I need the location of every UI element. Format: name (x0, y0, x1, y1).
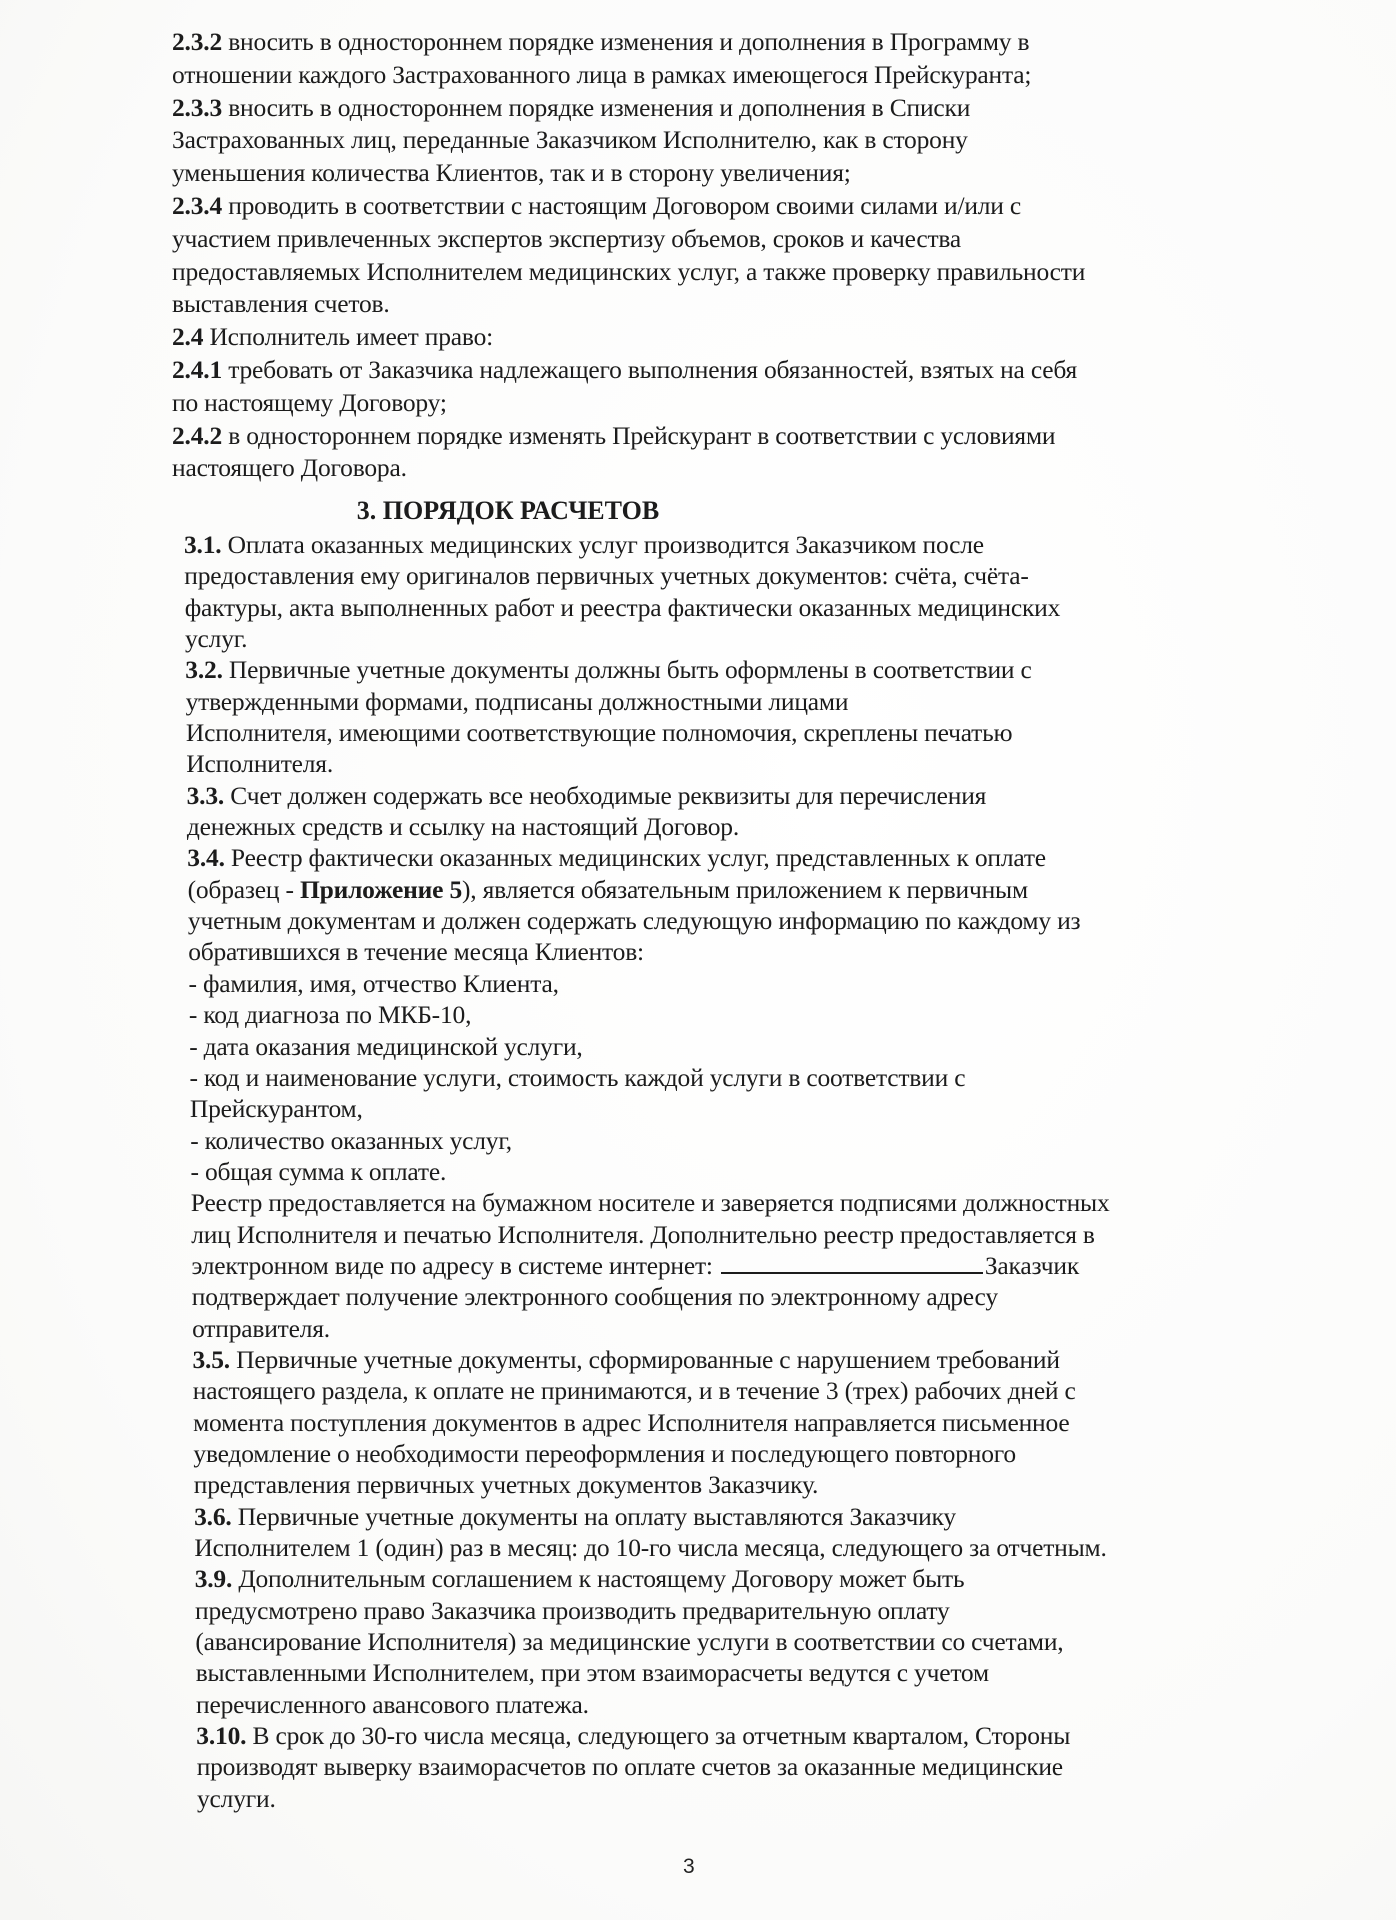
page-number: 3 (683, 1855, 695, 1879)
text-line: подтверждает получение электронного сооб… (192, 1281, 1110, 1312)
text-line: учетным документам и должен содержать сл… (188, 905, 1110, 936)
text-line: предоставления ему оригиналов первичных … (184, 560, 1109, 591)
text-line: - дата оказания медицинской услуги, (189, 1031, 1109, 1062)
text-line: отношении каждого Застрахованного лица в… (172, 59, 1085, 92)
clause-number: 3.3. (187, 781, 224, 810)
text-line: - общая сумма к оплате. (191, 1156, 1110, 1187)
text-line: предоставляемых Исполнителем медицинских… (172, 256, 1085, 289)
clause-text: отправителя. (192, 1314, 330, 1343)
clause-text: подтверждает получение электронного сооб… (192, 1282, 998, 1311)
clause-text-tail: Заказчик (985, 1251, 1079, 1280)
text-line: обратившихся в течение месяца Клиентов: (188, 936, 1109, 967)
text-line: Исполнителя, имеющими соответствующие по… (186, 717, 1110, 748)
text-line: фактуры, акта выполненных работ и реестр… (185, 592, 1110, 623)
clause-number: 2.3.4 (172, 191, 222, 220)
text-line: услуг. (185, 623, 1110, 654)
clause-text: Исполнителем 1 (один) раз в месяц: до 10… (194, 1533, 1106, 1562)
clause-number: 3.2. (185, 655, 222, 684)
text-line: электронном виде по адресу в системе инт… (192, 1250, 1110, 1281)
text-line: настоящего раздела, к оплате не принимаю… (193, 1375, 1110, 1406)
clause-text: Первичные учетные документы должны быть … (223, 655, 1032, 684)
text-line: уменьшения количества Клиентов, так и в … (172, 157, 1085, 190)
clause-text: Оплата оказанных медицинских услуг произ… (221, 530, 983, 559)
clause-text: Реестр фактически оказанных медицинских … (225, 843, 1046, 872)
text-line: 2.3.4 проводить в соответствии с настоящ… (172, 190, 1085, 223)
text-line: лиц Исполнителя и печатью Исполнителя. Д… (191, 1219, 1109, 1250)
section-3-body: 3.1. Оплата оказанных медицинских услуг … (184, 529, 1110, 1814)
clause-number: 2.4 (172, 322, 203, 351)
clause-text: электронном виде по адресу в системе инт… (192, 1251, 713, 1280)
clause-number: 3.10. (196, 1721, 246, 1750)
clause-text: в одностороннем порядке изменять Прейску… (222, 421, 1055, 450)
text-line: 3.5. Первичные учетные документы, сформи… (193, 1344, 1110, 1375)
clause-text: Реестр предоставляется на бумажном носит… (191, 1188, 1110, 1217)
text-line: выставления счетов. (172, 288, 1085, 321)
clause-text: (образец - (188, 875, 300, 904)
text-line: 3.9. Дополнительным соглашением к настоя… (195, 1563, 1110, 1594)
section-heading: 3. ПОРЯДОК РАСЧЕТОВ (0, 496, 1201, 526)
text-line: по настоящему Договору; (172, 387, 1085, 420)
text-line: 2.4 Исполнитель имеет право: (172, 321, 1085, 354)
clause-number: 3.1. (184, 530, 221, 559)
clause-text: - дата оказания медицинской услуги, (189, 1032, 582, 1061)
text-line: уведомление о необходимости переоформлен… (193, 1438, 1109, 1469)
text-line: - код диагноза по МКБ-10, (189, 999, 1110, 1030)
clause-text: Первичные учетные документы, сформирован… (230, 1345, 1060, 1374)
clause-text: предусмотрено право Заказчика производит… (195, 1596, 950, 1625)
clause-number: 2.4.2 (172, 421, 222, 450)
text-line: предусмотрено право Заказчика производит… (195, 1595, 1110, 1626)
clause-text: (авансирование Исполнителя) за медицинск… (195, 1627, 1063, 1656)
clause-text: уменьшения количества Клиентов, так и в … (172, 158, 851, 187)
clause-text: Исполнителя, имеющими соответствующие по… (186, 718, 1013, 747)
text-line: - фамилия, имя, отчество Клиента, (189, 968, 1110, 999)
text-line: 3.3. Счет должен содержать все необходим… (187, 780, 1110, 811)
text-line: момента поступления документов в адрес И… (193, 1407, 1109, 1438)
clause-text: вносить в одностороннем порядке изменени… (222, 93, 970, 122)
clause-number: 2.4.1 (172, 355, 222, 384)
clause-text: - код и наименование услуги, стоимость к… (190, 1063, 966, 1092)
clause-text-tail: ), является обязательным приложением к п… (462, 875, 1028, 904)
text-line: участием привлеченных экспертов эксперти… (172, 223, 1085, 256)
clause-text: Счет должен содержать все необходимые ре… (224, 781, 986, 810)
clause-text: Первичные учетные документы на оплату вы… (232, 1502, 956, 1531)
clause-number: 3.5. (193, 1345, 230, 1374)
clause-text: предоставления ему оригиналов первичных … (184, 561, 1028, 590)
text-line: - код и наименование услуги, стоимость к… (190, 1062, 1110, 1093)
clause-number: 2.3.2 (172, 27, 222, 56)
clause-text: Прейскурантом, (190, 1094, 363, 1123)
clause-text: услуг. (185, 624, 247, 653)
clause-text: услуги. (197, 1784, 276, 1813)
clause-text: - количество оказанных услуг, (190, 1126, 512, 1155)
clause-text: вносить в одностороннем порядке изменени… (222, 27, 1029, 56)
blank-address-field[interactable] (721, 1254, 983, 1274)
clause-text: учетным документам и должен содержать сл… (188, 906, 1081, 935)
clause-text: перечисленного авансового платежа. (196, 1690, 589, 1719)
clause-text: уведомление о необходимости переоформлен… (193, 1439, 1016, 1468)
clause-text: - общая сумма к оплате. (191, 1157, 447, 1186)
text-line: 3.6. Первичные учетные документы на опла… (194, 1501, 1109, 1532)
clause-text: по настоящему Договору; (172, 388, 447, 417)
clause-text: производят выверку взаиморасчетов по опл… (197, 1752, 1063, 1781)
text-line: перечисленного авансового платежа. (196, 1689, 1110, 1720)
text-line: - количество оказанных услуг, (190, 1125, 1109, 1156)
clause-text: фактуры, акта выполненных работ и реестр… (185, 593, 1061, 622)
text-line: Реестр предоставляется на бумажном носит… (191, 1187, 1110, 1218)
clause-text: - фамилия, имя, отчество Клиента, (189, 969, 559, 998)
text-line: 2.3.2 вносить в одностороннем порядке из… (172, 26, 1085, 59)
text-line: 2.4.1 требовать от Заказчика надлежащего… (172, 354, 1085, 387)
text-line: 2.3.3 вносить в одностороннем порядке из… (172, 92, 1085, 125)
text-line: Исполнителя. (186, 748, 1109, 779)
clause-number: 3.4. (187, 843, 224, 872)
clause-text: Застрахованных лиц, переданные Заказчико… (172, 125, 968, 154)
document-page: 2.3.2 вносить в одностороннем порядке из… (0, 0, 1396, 1920)
section-title: 3. ПОРЯДОК РАСЧЕТОВ (357, 496, 659, 526)
clause-text: настоящего раздела, к оплате не принимаю… (193, 1376, 1076, 1405)
text-line: услуги. (197, 1783, 1110, 1814)
text-line: 2.4.2 в одностороннем порядке изменять П… (172, 420, 1085, 453)
text-line: 3.2. Первичные учетные документы должны … (185, 654, 1109, 685)
clause-text: лиц Исполнителя и печатью Исполнителя. Д… (191, 1220, 1095, 1249)
text-line: 3.1. Оплата оказанных медицинских услуг … (184, 529, 1110, 560)
text-line: (авансирование Исполнителя) за медицинск… (195, 1626, 1109, 1657)
clause-text: отношении каждого Застрахованного лица в… (172, 60, 1031, 89)
text-line: (образец - Приложение 5), является обяза… (188, 874, 1110, 905)
appendix-reference: Приложение 5 (300, 875, 462, 904)
clause-text: требовать от Заказчика надлежащего выпол… (222, 355, 1077, 384)
clause-text: Дополнительным соглашением к настоящему … (232, 1564, 964, 1593)
clause-text: выставления счетов. (172, 289, 390, 318)
text-line: утвержденными формами, подписаны должнос… (186, 686, 1110, 717)
text-line: 3.4. Реестр фактически оказанных медицин… (187, 842, 1109, 873)
clause-text: момента поступления документов в адрес И… (193, 1408, 1069, 1437)
text-line: отправителя. (192, 1313, 1109, 1344)
clause-number: 2.3.3 (172, 93, 222, 122)
text-line: 3.10. В срок до 30-го числа месяца, след… (196, 1720, 1109, 1751)
text-line: Исполнителем 1 (один) раз в месяц: до 10… (194, 1532, 1109, 1563)
clause-text: Исполнитель имеет право: (203, 322, 493, 351)
section-2-continuation: 2.3.2 вносить в одностороннем порядке из… (172, 26, 1085, 485)
text-line: Застрахованных лиц, переданные Заказчико… (172, 124, 1085, 157)
text-line: производят выверку взаиморасчетов по опл… (197, 1751, 1110, 1782)
clause-text: утвержденными формами, подписаны должнос… (186, 687, 849, 716)
clause-text: участием привлеченных экспертов эксперти… (172, 224, 961, 253)
text-line: настоящего Договора. (172, 452, 1085, 485)
clause-number: 3.9. (195, 1564, 232, 1593)
text-line: представления первичных учетных документ… (194, 1469, 1110, 1500)
text-line: денежных средств и ссылку на настоящий Д… (187, 811, 1110, 842)
clause-text: проводить в соответствии с настоящим Дог… (222, 191, 1021, 220)
clause-text: обратившихся в течение месяца Клиентов: (188, 937, 644, 966)
clause-text: денежных средств и ссылку на настоящий Д… (187, 812, 739, 841)
text-line: Прейскурантом, (190, 1093, 1110, 1124)
clause-text: - код диагноза по МКБ-10, (189, 1000, 471, 1029)
text-line: выставленными Исполнителем, при этом вза… (196, 1657, 1110, 1688)
clause-text: В срок до 30-го числа месяца, следующего… (246, 1721, 1070, 1750)
clause-number: 3.6. (194, 1502, 231, 1531)
clause-text: предоставляемых Исполнителем медицинских… (172, 257, 1085, 286)
clause-text: представления первичных учетных документ… (194, 1470, 818, 1499)
clause-text: выставленными Исполнителем, при этом вза… (196, 1658, 989, 1687)
clause-text: настоящего Договора. (172, 453, 407, 482)
clause-text: Исполнителя. (186, 749, 333, 778)
